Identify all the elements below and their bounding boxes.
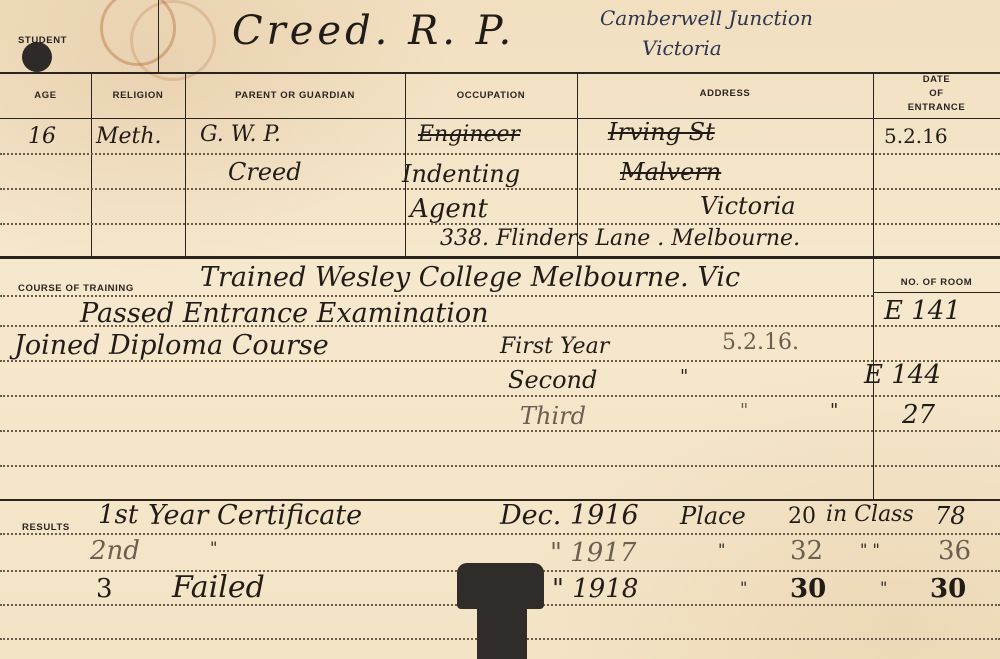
occupation-struck: Engineer xyxy=(418,122,520,147)
student-divider xyxy=(158,0,159,72)
result-3-place: 30 xyxy=(790,574,826,604)
course-line3-year: First Year xyxy=(500,334,609,359)
age-value: 16 xyxy=(28,124,56,149)
index-tab-stem xyxy=(477,600,527,659)
result-3-exam: " 1918 xyxy=(552,574,638,604)
rust-stain xyxy=(130,0,216,81)
table-top-rule xyxy=(0,72,1000,74)
result-1-class-label: in Class xyxy=(826,502,914,527)
result-3-place-label: " xyxy=(740,578,747,597)
results-label: RESULTS xyxy=(22,522,70,533)
course-line3-date: 5.2.16. xyxy=(722,330,799,355)
course-line5-ditto2: " xyxy=(830,400,838,421)
room-value-2: E 144 xyxy=(864,360,941,390)
result-1-place-label: Place xyxy=(680,502,746,530)
result-2-place: 32 xyxy=(790,536,823,566)
student-label: STUDENT xyxy=(18,35,67,46)
address-struck1: Irving St xyxy=(608,118,715,146)
result-1-class: 78 xyxy=(935,502,966,530)
result-2-place-label: " xyxy=(718,540,725,559)
result-2-class-label: " " xyxy=(860,540,880,559)
parent-line1: G. W. P. xyxy=(200,122,281,147)
student-location-line1: Camberwell Junction xyxy=(600,6,813,30)
result-3-class-label: " xyxy=(880,578,887,597)
result-2-class: 36 xyxy=(938,536,971,566)
course-rule xyxy=(0,465,1000,467)
header-age: AGE xyxy=(0,90,91,101)
result-3-year: 3 xyxy=(96,574,113,604)
course-line5-ditto1: " xyxy=(740,400,748,421)
course-rule xyxy=(0,395,1000,397)
occupation-line3: Agent xyxy=(410,194,488,224)
student-name: Creed. R. P. xyxy=(232,8,515,54)
date-of-entrance-value: 5.2.16 xyxy=(884,124,948,148)
section-rule xyxy=(0,256,1000,259)
room-value-3: 27 xyxy=(902,400,935,430)
result-2-text: " xyxy=(210,538,217,557)
course-line5: Third xyxy=(520,402,586,430)
address-new: 338. Flinders Lane . Melbourne. xyxy=(440,226,800,251)
header-address: ADDRESS xyxy=(577,88,873,99)
room-value-1: E 141 xyxy=(884,296,961,326)
result-2-year: 2nd xyxy=(90,536,140,566)
col-divider xyxy=(873,72,874,256)
result-1-text: Year Certificate xyxy=(148,500,362,531)
student-record-card: STUDENT Creed. R. P. Camberwell Junction… xyxy=(0,0,1000,659)
row-rule xyxy=(0,188,1000,190)
result-3-text: Failed xyxy=(172,570,265,605)
occupation-line2: Indenting xyxy=(402,160,520,188)
course-label: COURSE OF TRAINING xyxy=(18,283,134,294)
row-rule xyxy=(0,153,1000,155)
address-line3: Victoria xyxy=(700,192,796,220)
results-rule-dotted xyxy=(0,533,1000,535)
parent-line2: Creed xyxy=(228,158,302,186)
religion-value: Meth. xyxy=(96,124,162,149)
header-bottom-rule xyxy=(0,118,1000,119)
header-date-line3: ENTRANCE xyxy=(873,102,1000,113)
header-religion: RELIGION xyxy=(91,90,185,101)
course-rule xyxy=(0,295,873,297)
result-2-exam: " 1917 xyxy=(550,538,636,568)
course-line4-ditto: " xyxy=(680,366,688,387)
room-label: No. OF ROOM xyxy=(873,277,1000,288)
course-line1: Trained Wesley College Melbourne. Vic xyxy=(200,262,740,293)
punch-hole xyxy=(22,42,52,72)
row-rule xyxy=(0,223,1000,225)
course-rule xyxy=(0,430,1000,432)
result-1-place: 20 xyxy=(788,504,816,529)
room-header-rule xyxy=(873,292,1000,293)
course-line3-prefix: Joined Diploma Course xyxy=(14,330,329,361)
course-line4: Second xyxy=(508,366,597,394)
result-1-exam: Dec. 1916 xyxy=(500,500,639,531)
header-occupation: OCCUPATION xyxy=(405,90,577,101)
header-date-line1: DATE xyxy=(873,74,1000,85)
result-1-year: 1st xyxy=(98,500,138,530)
header-parent: PARENT OR GUARDIAN xyxy=(185,90,405,101)
result-3-class: 30 xyxy=(930,574,966,604)
course-line2: Passed Entrance Examination xyxy=(80,298,489,329)
student-location-line2: Victoria xyxy=(642,36,722,60)
header-date-line2: OF xyxy=(873,88,1000,99)
address-struck2: Malvern xyxy=(620,158,721,186)
